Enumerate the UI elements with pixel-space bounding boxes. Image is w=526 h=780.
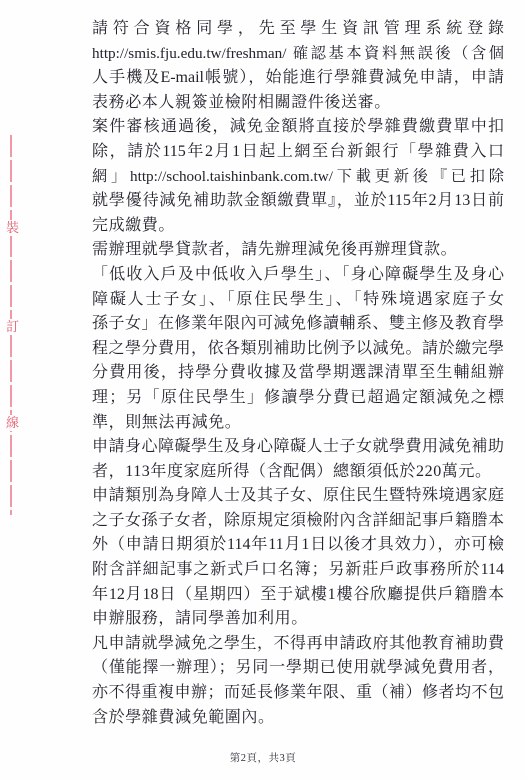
doc-line: 六、「低收入戶及中低收入戶學生」、「身心障礙學生及身心 — [92, 263, 504, 288]
line-text: 準，則無法再減免。 — [92, 414, 241, 431]
doc-line: 四、案件審核通過後，減免金額將直接於學雜費繳費單中扣 — [92, 115, 504, 140]
doc-line: 完成繳費。 — [92, 214, 504, 239]
page-number: 第2頁，共3頁 — [0, 750, 526, 765]
doc-line: 程之學分費用，依各類別補助比例予以減免。請於繳完學 — [92, 337, 504, 362]
line-text: 人手機及E-mail帳號），始能進行學雜費減免申請，申請 — [92, 69, 504, 86]
doc-line: 就學優待減免補助款金額繳費單』，並於115年2月13日前 — [92, 189, 504, 214]
line-text: 完成繳費。 — [92, 217, 175, 234]
doc-line: 附含詳細記事之新式戶口名簿；另新莊戶政事務所於114 — [92, 558, 504, 583]
line-text: 「低收入戶及中低收入戶學生」、「身心障礙學生及身心 — [92, 266, 504, 283]
line-text: 外（申請日期須於114年11月1日以後才具效力），亦可檢 — [92, 536, 504, 553]
binding-mark-ding: 訂 — [4, 319, 21, 335]
doc-line: 七、申請身心障礙學生及身心障礙人士子女就學費用減免補助 — [92, 435, 504, 460]
line-text: 申請類別為身障人士及其子女、原住民生暨特殊境遇家庭 — [92, 487, 504, 504]
line-text: 者，113年度家庭所得（含配偶）總額須低於220萬元。 — [92, 463, 492, 480]
doc-line: 之子女孫子女者，除原規定須檢附內含詳細記事戶籍謄本 — [92, 509, 504, 534]
doc-line: 人手機及E-mail帳號），始能進行學雜費減免申請，申請 — [92, 66, 504, 91]
line-text: 需辦理就學貸款者，請先辦理減免後再辦理貸款。 — [92, 241, 457, 258]
doc-line: （僅能擇一辦理）；另同一學期已使用就學減免費用者， — [92, 656, 504, 681]
doc-line: 三、請符合資格同學，先至學生資訊管理系統登錄 — [92, 17, 504, 42]
line-text: 除，請於115年2月1日起上網至台新銀行「學雜費入口 — [92, 143, 504, 160]
doc-line: 亦不得重複申辦；而延長修業年限、重（補）修者均不包 — [92, 681, 504, 706]
binding-mark-zhuang: 裝 — [4, 220, 21, 236]
line-text: 年12月18日（星期四）至于斌樓1樓谷欣廳提供戶籍謄本 — [92, 586, 504, 603]
line-text: 之子女孫子女者，除原規定須檢附內含詳細記事戶籍謄本 — [92, 512, 504, 529]
line-text: 網」http://school.taishinbank.com.tw/下載更新後… — [92, 168, 504, 185]
line-text: 申辦服務，請同學善加利用。 — [92, 610, 308, 627]
doc-line: 八、申請類別為身障人士及其子女、原住民生暨特殊境遇家庭 — [92, 484, 504, 509]
line-text: 含於學雜費減免範圍內。 — [92, 709, 275, 726]
doc-line: 者，113年度家庭所得（含配偶）總額須低於220萬元。 — [92, 460, 504, 485]
line-text: 案件審核通過後，減免金額將直接於學雜費繳費單中扣 — [92, 118, 504, 135]
line-text: 表務必本人親簽並檢附相關證件後送審。 — [92, 94, 391, 111]
doc-line: 表務必本人親簽並檢附相關證件後送審。 — [92, 91, 504, 116]
doc-line: 外（申請日期須於114年11月1日以後才具效力），亦可檢 — [92, 533, 504, 558]
document-body: 三、請符合資格同學，先至學生資訊管理系統登錄 http://smis.fju.e… — [57, 17, 504, 730]
doc-line: 準，則無法再減免。 — [92, 411, 504, 436]
doc-line: 孫子女」在修業年限內可減免修讀輔系、雙主修及教育學 — [92, 312, 504, 337]
line-text: 分費用後，持學分費收據及當學期選課清單至生輔組辦 — [92, 364, 504, 381]
doc-line: 九、凡申請就學減免之學生，不得再申請政府其他教育補助費 — [92, 632, 504, 657]
line-text: 障礙人士子女」、「原住民學生」、「特殊境遇家庭子女 — [92, 291, 504, 308]
line-text: 附含詳細記事之新式戶口名簿；另新莊戶政事務所於114 — [92, 561, 504, 578]
line-text: http://smis.fju.edu.tw/freshman/ 確認基本資料無… — [92, 45, 504, 62]
line-text: 請符合資格同學，先至學生資訊管理系統登錄 — [92, 20, 504, 37]
doc-line: 申辦服務，請同學善加利用。 — [92, 607, 504, 632]
line-text: 就學優待減免補助款金額繳費單』，並於115年2月13日前 — [92, 192, 504, 209]
document-page: 裝 訂 線 三、請符合資格同學，先至學生資訊管理系統登錄 http://smis… — [0, 0, 526, 780]
doc-line: 網」http://school.taishinbank.com.tw/下載更新後… — [92, 165, 504, 190]
doc-line: 除，請於115年2月1日起上網至台新銀行「學雜費入口 — [92, 140, 504, 165]
line-text: 理；另「原住民學生」修讀學分費已超過定額減免之標 — [92, 389, 504, 406]
doc-line: 五、需辦理就學貸款者，請先辦理減免後再辦理貸款。 — [92, 238, 504, 263]
doc-line: 含於學雜費減免範圍內。 — [92, 706, 504, 731]
line-text: 亦不得重複申辦；而延長修業年限、重（補）修者均不包 — [92, 684, 504, 701]
line-text: 凡申請就學減免之學生，不得再申請政府其他教育補助費 — [92, 635, 504, 652]
doc-line: 障礙人士子女」、「原住民學生」、「特殊境遇家庭子女 — [92, 288, 504, 313]
line-text: （僅能擇一辦理）；另同一學期已使用就學減免費用者， — [92, 659, 504, 676]
line-text: 程之學分費用，依各類別補助比例予以減免。請於繳完學 — [92, 340, 504, 357]
doc-line: 年12月18日（星期四）至于斌樓1樓谷欣廳提供戶籍謄本 — [92, 583, 504, 608]
binding-mark-xian: 線 — [4, 415, 21, 431]
line-text: 孫子女」在修業年限內可減免修讀輔系、雙主修及教育學 — [92, 315, 504, 332]
doc-line: 理；另「原住民學生」修讀學分費已超過定額減免之標 — [92, 386, 504, 411]
doc-line: 分費用後，持學分費收據及當學期選課清單至生輔組辦 — [92, 361, 504, 386]
doc-line: http://smis.fju.edu.tw/freshman/ 確認基本資料無… — [92, 42, 504, 67]
line-text: 申請身心障礙學生及身心障礙人士子女就學費用減免補助 — [92, 438, 504, 455]
